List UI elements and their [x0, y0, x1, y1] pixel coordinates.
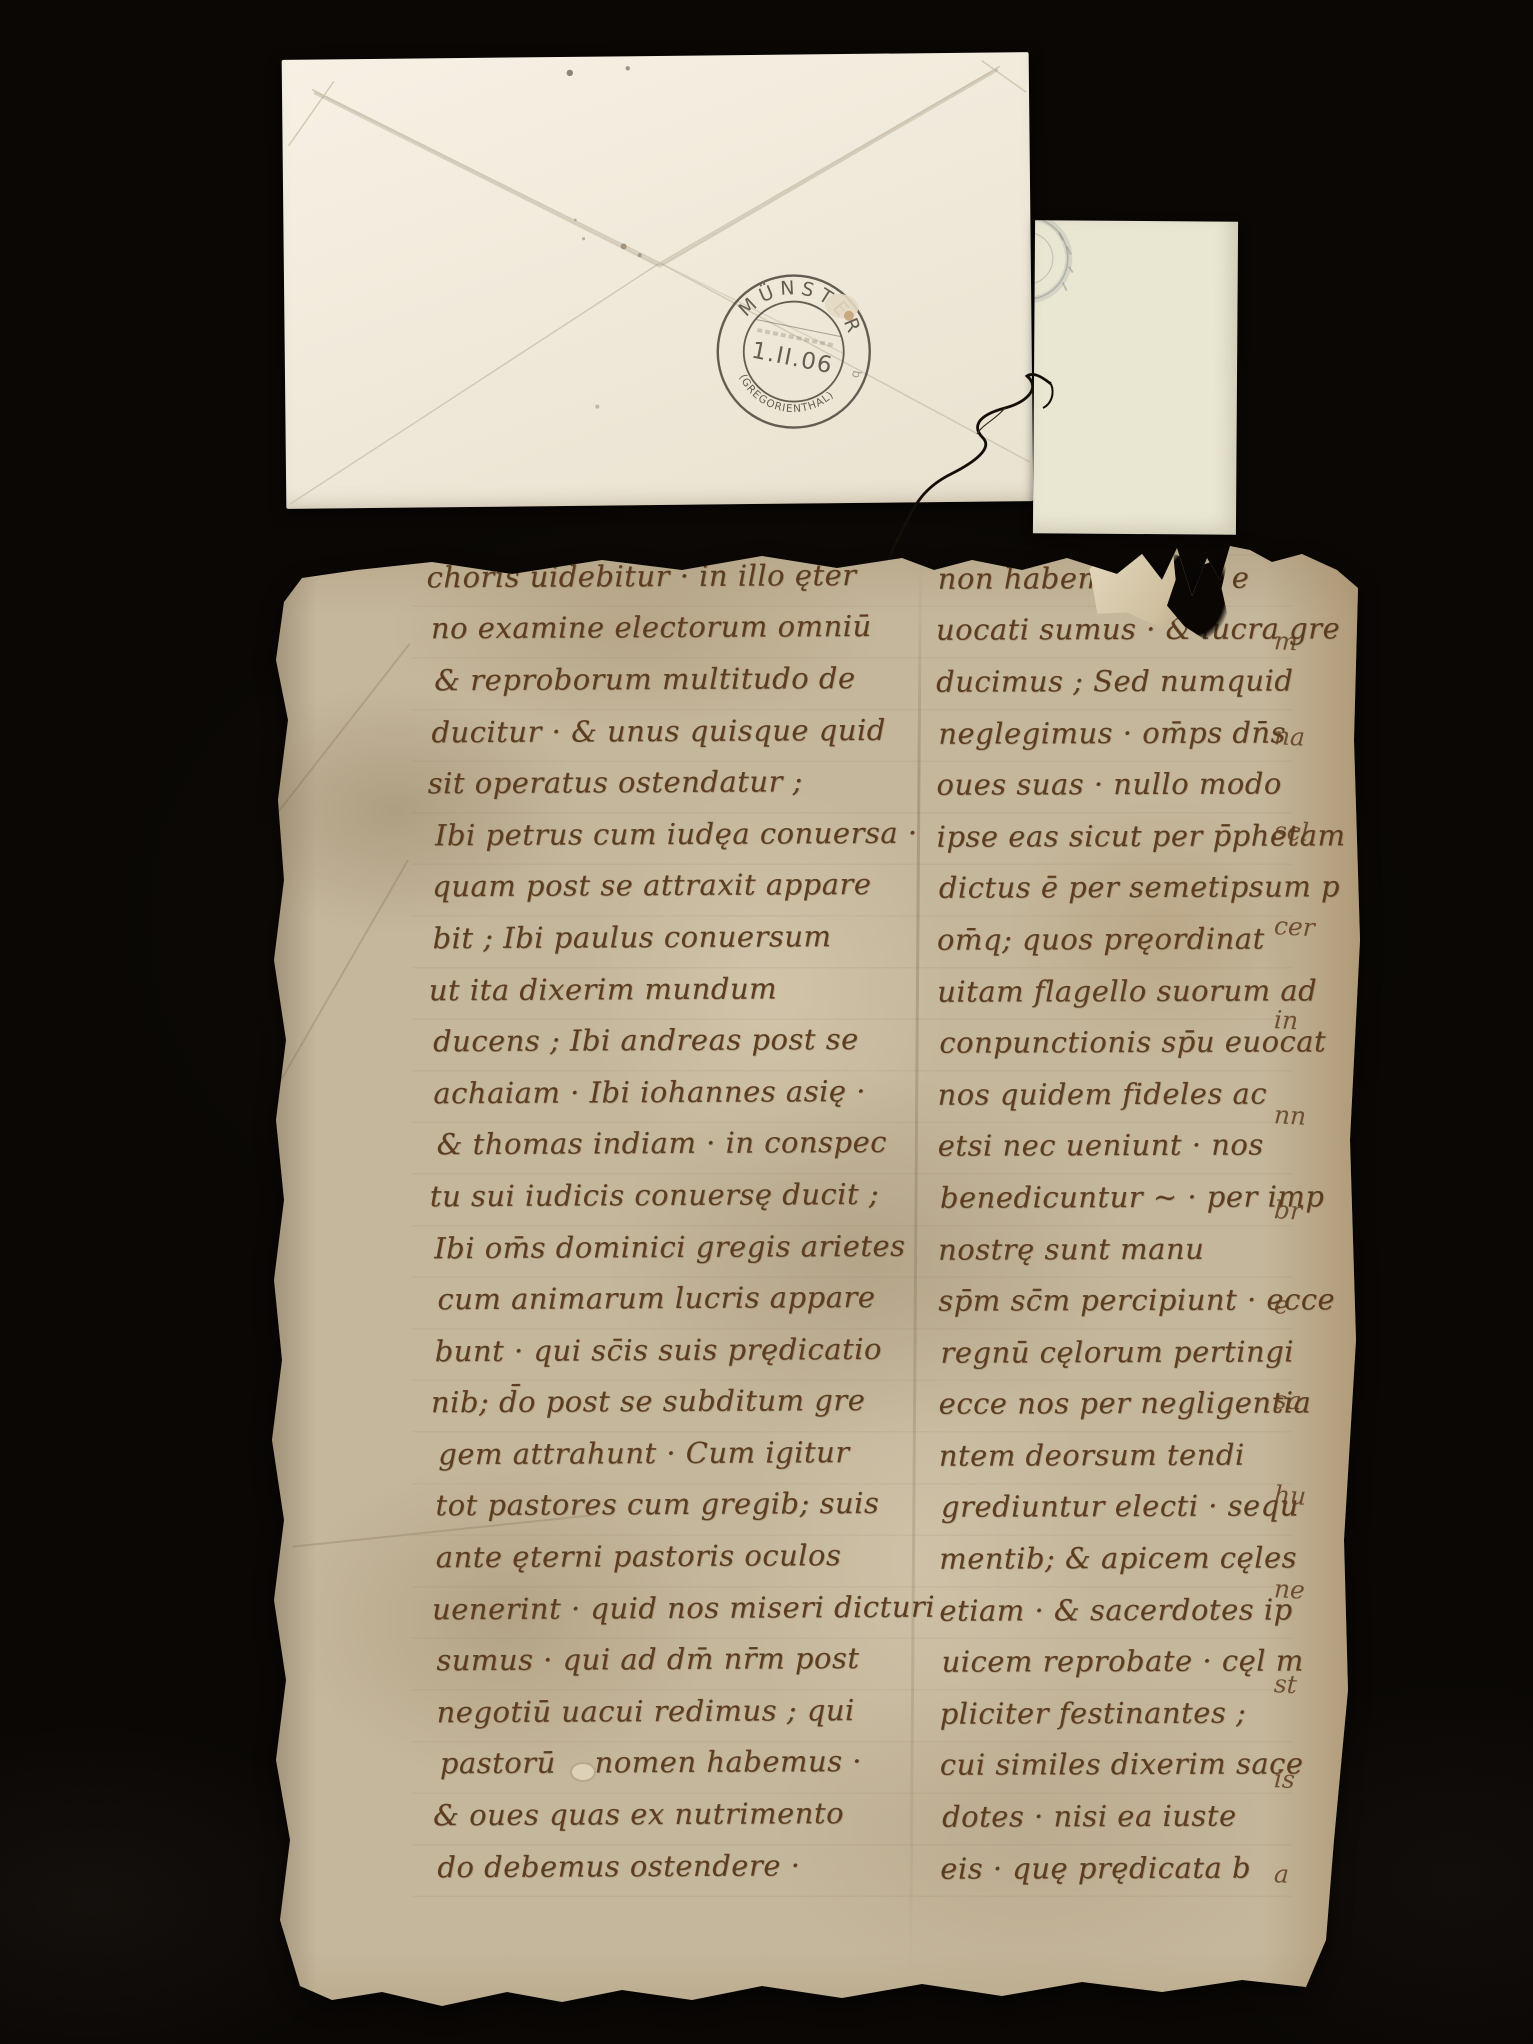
- text-fragment: ne: [1273, 1575, 1346, 1608]
- right-edge-text-fragments: mnasclcerinnnbresahunestisa: [1274, 628, 1346, 1890]
- crease-line: [257, 860, 409, 1121]
- manuscript-text-line: Ibi petrus cum iudęa conuersa ·: [435, 807, 927, 861]
- manuscript-text-line: & reproborum multitudo de: [434, 652, 926, 706]
- text-fragment: m: [1273, 626, 1346, 659]
- manuscript-text-line: & oues quas ex nutrimento: [433, 1787, 925, 1841]
- text-fragment: br: [1273, 1195, 1346, 1228]
- text-fragment: scl: [1273, 816, 1346, 849]
- manuscript-text-line: pastorū nomen habemus ·: [440, 1735, 932, 1789]
- text-fragment: nn: [1273, 1100, 1346, 1133]
- manuscript-text-line: ante ęterni pastoris oculos: [436, 1529, 928, 1583]
- crease-line: [212, 643, 411, 896]
- postmark-region: (GREGORIENTHAL): [731, 370, 838, 424]
- manuscript-text-line: tu sui iudicis conuersę ducit ;: [430, 1168, 922, 1222]
- photo-background: MÜNSTER (GREGORIENTHAL) 1.II.06 b: [0, 0, 1533, 2044]
- manuscript-text-line: bunt · qui sc̄is suis prędicatio: [435, 1323, 927, 1377]
- text-fragment: is: [1273, 1764, 1346, 1797]
- manuscript-leaf: choris uidebitur · in illo ęterno examin…: [262, 540, 1360, 2040]
- manuscript-text-line: quam post se attraxit appare: [432, 858, 924, 912]
- text-fragment: hu: [1273, 1480, 1346, 1513]
- text-fragment: na: [1273, 721, 1346, 754]
- manuscript-text-line: Ibi om̄s dominici gregis arietes: [434, 1219, 926, 1273]
- manuscript-left-column: choris uidebitur · in illo ęterno examin…: [430, 549, 929, 1893]
- manuscript-text-line: uenerint · quid nos miseri dicturi: [432, 1581, 924, 1635]
- text-fragment: e: [1273, 1290, 1346, 1323]
- manuscript-text-line: sumus · qui ad dm̄ nr̄m post: [436, 1632, 928, 1686]
- manuscript-text-line: do debemus ostendere ·: [437, 1839, 929, 1893]
- manuscript-text-line: sit operatus ostendatur ;: [428, 755, 920, 809]
- manuscript-text-line: cum animarum lucris appare: [437, 1271, 929, 1325]
- manuscript-text-line: achaiam · Ibi iohannes asię ·: [433, 1065, 925, 1119]
- text-fragment: a: [1273, 1859, 1346, 1892]
- text-fragment: st: [1273, 1669, 1346, 1702]
- manuscript-text-line: no examine electorum omniū: [431, 600, 923, 654]
- text-fragment: cer: [1273, 911, 1346, 944]
- manuscript-text-line: & thomas indiam · in conspec: [436, 1116, 928, 1170]
- manuscript-text-line: ducitur · & unus quisque quid: [431, 704, 923, 758]
- parchment-surface: choris uidebitur · in illo ęterno examin…: [262, 540, 1360, 2040]
- text-fragment: in: [1273, 1006, 1346, 1039]
- manuscript-text-line: tot pastores cum gregib; suis: [435, 1477, 927, 1531]
- svg-text:(GREGORIENTHAL): (GREGORIENTHAL): [731, 370, 838, 424]
- manuscript-text-line: ut ita dixerim mundum: [429, 961, 921, 1015]
- manuscript-text-line: ducens ; Ibi andreas post se: [433, 1013, 925, 1067]
- manuscript-text-line: negotiū uacui redimus ; qui: [436, 1684, 928, 1738]
- manuscript-text-line: bit ; Ibi paulus conuersum: [432, 910, 924, 964]
- text-fragment: sa: [1273, 1385, 1346, 1418]
- manuscript-text-line: nib; d̄o post se subditum gre: [431, 1374, 923, 1428]
- manuscript-text-line: choris uidebitur · in illo ęter: [426, 549, 918, 603]
- manuscript-text-line: gem attrahunt · Cum igitur: [438, 1426, 930, 1480]
